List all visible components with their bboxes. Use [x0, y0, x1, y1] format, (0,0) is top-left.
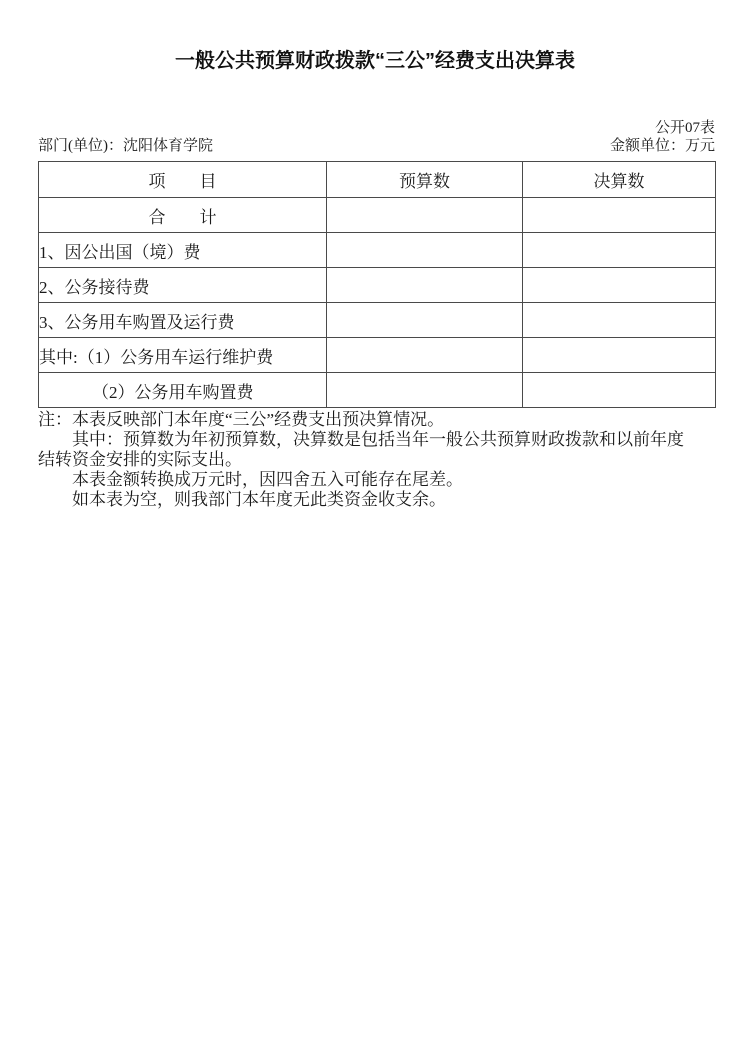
item-cell: 1、因公出国（境）费: [39, 233, 327, 268]
table-header-row: 项 目 预算数 决算数: [39, 162, 716, 198]
final-cell: [523, 373, 716, 408]
document-page: 一般公共预算财政拨款“三公”经费支出决算表 公开07表 部门(单位)：沈阳体育学…: [0, 0, 750, 1061]
budget-cell: [327, 233, 523, 268]
header-item: 项 目: [39, 162, 327, 198]
note-line: 本表金额转换成万元时，因四舍五入可能存在尾差。: [38, 470, 698, 490]
table-row-vehicle-purchase: （2）公务用车购置费: [39, 373, 716, 408]
item-cell: 其中:（1）公务用车运行维护费: [39, 338, 327, 373]
final-cell: [523, 198, 716, 233]
header-final: 决算数: [523, 162, 716, 198]
note-line: 注：本表反映部门本年度“三公”经费支出预决算情况。: [38, 410, 698, 430]
table-row-reception: 2、公务接待费: [39, 268, 716, 303]
budget-cell: [327, 268, 523, 303]
table-row-vehicle-operation: 其中:（1）公务用车运行维护费: [39, 338, 716, 373]
item-cell: 3、公务用车购置及运行费: [39, 303, 327, 338]
footnotes: 注：本表反映部门本年度“三公”经费支出预决算情况。 其中：预算数为年初预算数，决…: [38, 410, 698, 510]
expense-table: 项 目 预算数 决算数 合 计 1、因公出国（境）费 2、公务接待费 3、公务用: [38, 161, 716, 408]
header-budget: 预算数: [327, 162, 523, 198]
budget-cell: [327, 303, 523, 338]
note-line: 如本表为空，则我部门本年度无此类资金收支余。: [38, 490, 698, 510]
department-label: 部门(单位)：沈阳体育学院: [38, 138, 213, 155]
table-row-total: 合 计: [39, 198, 716, 233]
item-cell: 合 计: [39, 198, 327, 233]
meta-row: 部门(单位)：沈阳体育学院 金额单位：万元: [38, 138, 715, 155]
final-cell: [523, 338, 716, 373]
final-cell: [523, 303, 716, 338]
table-row-vehicle: 3、公务用车购置及运行费: [39, 303, 716, 338]
item-cell: （2）公务用车购置费: [39, 373, 327, 408]
final-cell: [523, 268, 716, 303]
unit-label: 金额单位：万元: [610, 138, 715, 155]
note-line: 其中：预算数为年初预算数，决算数是包括当年一般公共预算财政拨款和以前年度结转资金…: [38, 430, 698, 470]
final-cell: [523, 233, 716, 268]
budget-cell: [327, 338, 523, 373]
budget-cell: [327, 373, 523, 408]
page-title: 一般公共预算财政拨款“三公”经费支出决算表: [0, 50, 750, 72]
budget-cell: [327, 198, 523, 233]
table-row-abroad: 1、因公出国（境）费: [39, 233, 716, 268]
item-cell: 2、公务接待费: [39, 268, 327, 303]
form-code-label: 公开07表: [38, 120, 715, 137]
